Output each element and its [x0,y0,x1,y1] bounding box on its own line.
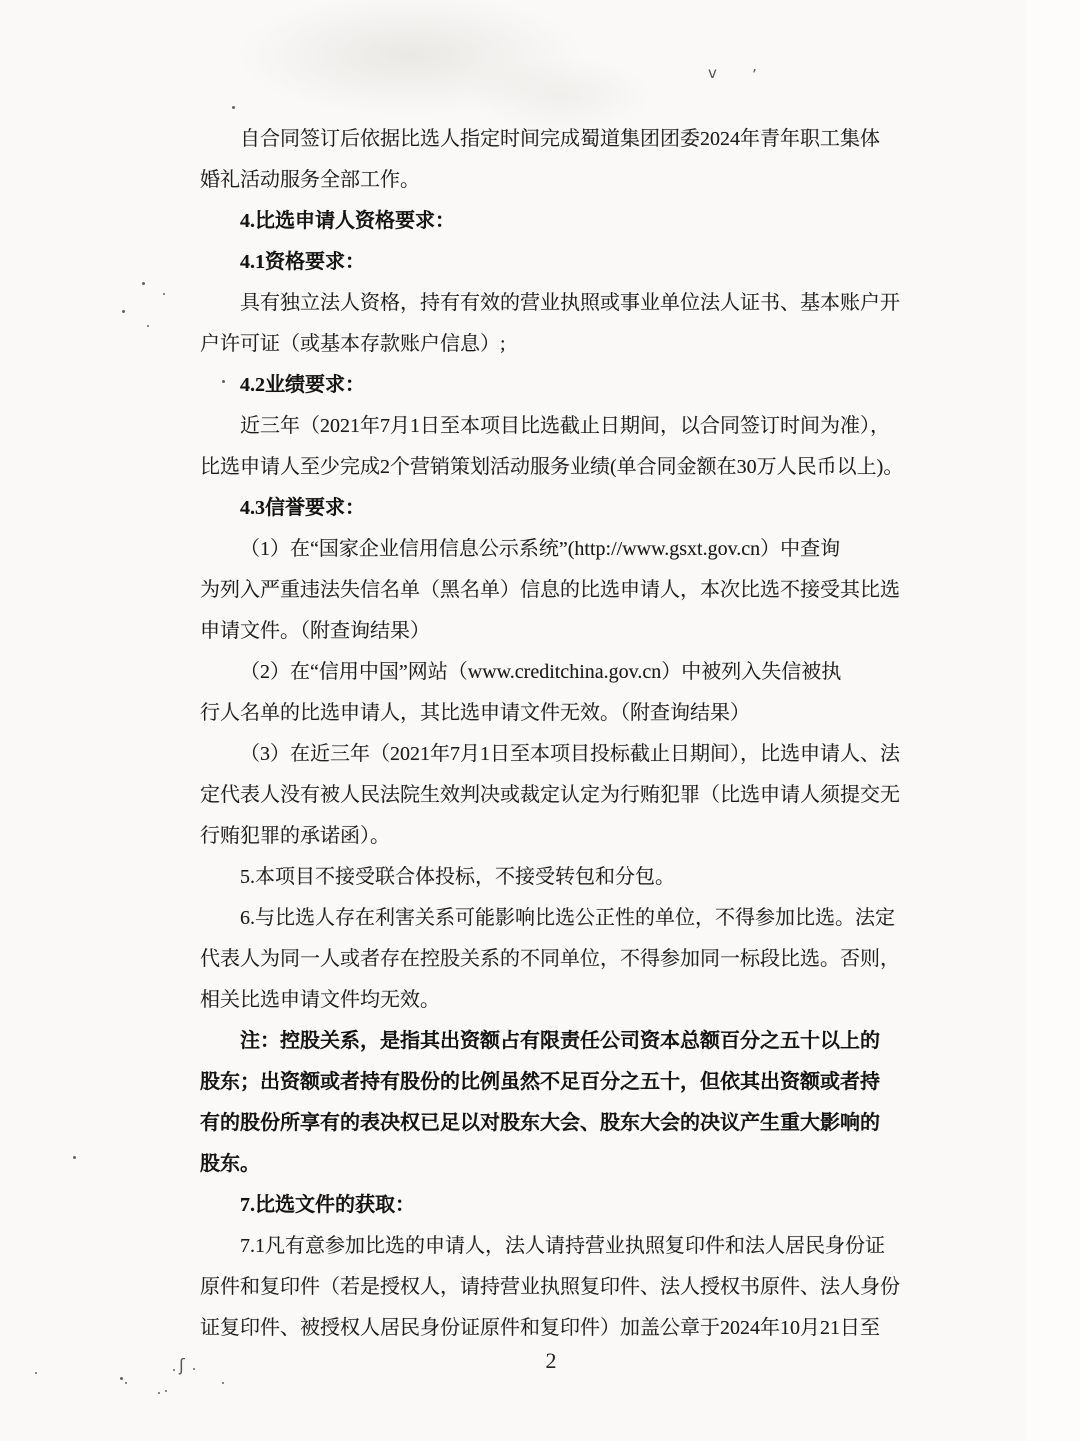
doc-line: 申请文件。（附查询结果） [200,611,924,652]
document-page: 自合同签订后依据比选人指定时间完成蜀道集团团委2024年青年职工集体婚礼活动服务… [0,0,1080,1441]
doc-line: 7.1凡有意参加比选的申请人，法人请持营业执照复印件和法人居民身份证 [200,1226,924,1267]
doc-line: 证复印件、被授权人居民身份证原件和复印件）加盖公章于2024年10月21日至 [200,1308,924,1349]
doc-line: 7.比选文件的获取： [200,1185,924,1226]
scan-edge [1026,0,1080,1441]
doc-line: 比选申请人至少完成2个营销策划活动服务业绩(单合同金额在30万人民币以上)。 [200,447,924,488]
document-lines: 自合同签订后依据比选人指定时间完成蜀道集团团委2024年青年职工集体婚礼活动服务… [200,119,924,1349]
doc-line: 婚礼活动服务全部工作。 [200,160,924,201]
doc-line: 4.比选申请人资格要求： [200,201,924,242]
doc-line: 6.与比选人存在利害关系可能影响比选公正性的单位，不得参加比选。法定 [200,898,924,939]
doc-line: 自合同签订后依据比选人指定时间完成蜀道集团团委2024年青年职工集体 [200,119,924,160]
doc-line: 注：控股关系，是指其出资额占有限责任公司资本总额百分之五十以上的 [200,1021,924,1062]
scan-speck [222,380,225,383]
doc-line: 为列入严重违法失信名单（黑名单）信息的比选申请人，本次比选不接受其比选 [200,570,924,611]
scan-speck [73,1156,76,1159]
scanned-document-page: { "page": { "background_color": "#faf9f7… [0,0,1080,1441]
doc-line: 定代表人没有被人民法院生效判决或裁定认定为行贿犯罪（比选申请人须提交无 [200,775,924,816]
doc-line: 4.3信誉要求： [200,488,924,529]
doc-line: 股东。 [200,1144,924,1185]
scan-speck [158,1392,160,1394]
page-number: 2 [531,1348,571,1374]
scan-speck [35,1372,37,1374]
doc-line: （2）在“信用中国”网站（www.creditchina.gov.cn）中被列入… [200,652,924,693]
doc-line: 相关比选申请文件均无效。 [200,980,924,1021]
scan-speck [122,310,125,313]
scan-speck [142,282,145,285]
doc-line: 4.1资格要求： [200,242,924,283]
doc-line: 原件和复印件（若是授权人，请持营业执照复印件、法人授权书原件、法人身份 [200,1267,924,1308]
doc-line: 4.2业绩要求： [200,365,924,406]
scan-mark: ʃ [179,1358,185,1375]
scan-speck [165,1390,167,1392]
scan-speck [222,1382,224,1384]
doc-line: 5.本项目不接受联合体投标，不接受转包和分包。 [200,857,924,898]
scan-speck [173,1369,175,1371]
scan-speck [232,106,235,109]
doc-line: 近三年（2021年7月1日至本项目比选截止日期间，以合同签订时间为准）， [200,406,924,447]
doc-line: 具有独立法人资格，持有有效的营业执照或事业单位法人证书、基本账户开 [200,283,924,324]
doc-line: 代表人为同一人或者存在控股关系的不同单位，不得参加同一标段比选。否则， [200,939,924,980]
doc-line: 股东；出资额或者持有股份的比例虽然不足百分之五十，但依其出资额或者持 [200,1062,924,1103]
doc-line: 户许可证（或基本存款账户信息）; [200,324,924,365]
scan-mark: ’ [752,68,757,83]
doc-line: 有的股份所享有的表决权已足以对股东大会、股东大会的决议产生重大影响的 [200,1103,924,1144]
scan-speck [125,1382,127,1384]
scan-speck [147,325,149,327]
doc-line: 行人名单的比选申请人，其比选申请文件无效。（附查询结果） [200,693,924,734]
scan-mark: v [708,66,717,81]
doc-line: （3）在近三年（2021年7月1日至本项目投标截止日期间），比选申请人、法 [200,734,924,775]
doc-line: （1）在“国家企业信用信息公示系统”(http://www.gsxt.gov.c… [200,529,924,570]
doc-line: 行贿犯罪的承诺函）。 [200,816,924,857]
scan-speck [163,293,165,295]
scan-speck [193,1368,195,1370]
scan-speck [120,1377,123,1380]
